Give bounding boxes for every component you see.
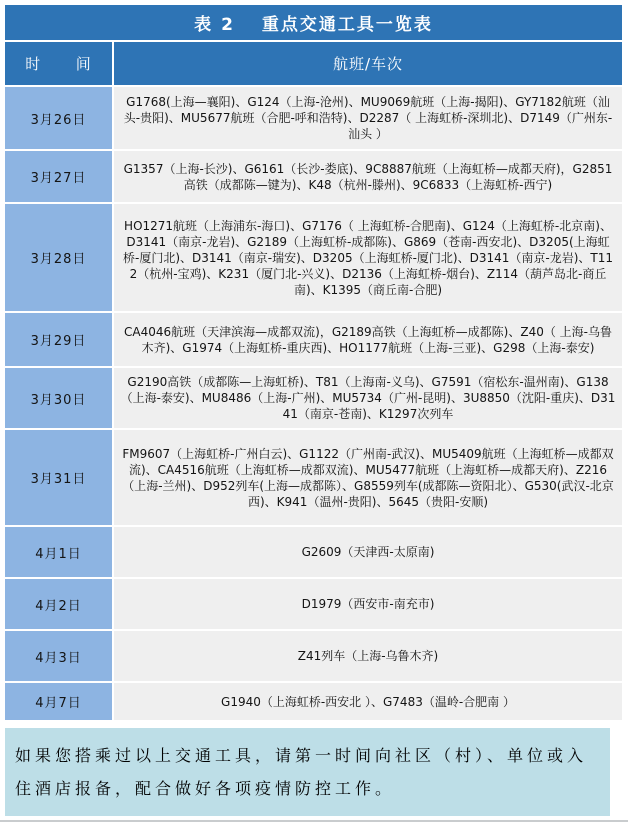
date-cell: 4月7日: [5, 683, 112, 720]
route-cell: G1357（上海-长沙)、G6161（长沙-娄底)、9C8887航班（上海虹桥—…: [114, 151, 622, 202]
table-row: 4月2日 D1979（西安市-南充市): [5, 579, 622, 629]
date-cell: 3月26日: [5, 87, 112, 149]
column-header-time: 时 间: [5, 42, 112, 85]
table-row: 4月1日 G2609（天津西-太原南): [5, 527, 622, 577]
notice-box: 如果您搭乘过以上交通工具，请第一时间向社区（村）、单位或入住酒店报备，配合做好各…: [5, 728, 610, 816]
date-cell: 3月31日: [5, 430, 112, 525]
route-cell: G1940（上海虹桥-西安北 ）、G7483（温岭-合肥南 ）: [114, 683, 622, 720]
route-cell: G2609（天津西-太原南): [114, 527, 622, 577]
date-cell: 4月2日: [5, 579, 112, 629]
route-cell: G2190高铁（成都陈—上海虹桥)、T81（上海南-义乌)、G7591（宿松东-…: [114, 368, 622, 428]
table-title-bar: 表 2 重点交通工具一览表: [5, 5, 622, 40]
route-cell: CA4046航班（天津滨海—成都双流)，G2189高铁（上海虹桥—成都陈)、Z4…: [114, 313, 622, 366]
table-row: 3月27日 G1357（上海-长沙)、G6161（长沙-娄底)、9C8887航班…: [5, 151, 622, 202]
table-title: 表 2 重点交通工具一览表: [194, 10, 433, 35]
column-header-route: 航班/车次: [114, 42, 622, 85]
table-body: 3月26日 G1768(上海—襄阳)、G124（上海-沧州)、MU9069航班（…: [5, 87, 622, 720]
table-row: 4月3日 Z41列车（上海-乌鲁木齐): [5, 631, 622, 681]
table-row: 3月31日 FM9607（上海虹桥-广州白云)、G1122（广州南-武汉)、MU…: [5, 430, 622, 525]
date-cell: 4月3日: [5, 631, 112, 681]
table-row: 3月30日 G2190高铁（成都陈—上海虹桥)、T81（上海南-义乌)、G759…: [5, 368, 622, 428]
table-row: 3月29日 CA4046航班（天津滨海—成都双流)，G2189高铁（上海虹桥—成…: [5, 313, 622, 366]
table-header-row: 时 间 航班/车次: [5, 42, 622, 85]
date-cell: 3月29日: [5, 313, 112, 366]
date-cell: 4月1日: [5, 527, 112, 577]
route-cell: D1979（西安市-南充市): [114, 579, 622, 629]
route-cell: FM9607（上海虹桥-广州白云)、G1122（广州南-武汉)、MU5409航班…: [114, 430, 622, 525]
date-cell: 3月27日: [5, 151, 112, 202]
page: 表 2 重点交通工具一览表 时 间 航班/车次 3月26日 G1768(上海—襄…: [0, 0, 628, 822]
route-cell: Z41列车（上海-乌鲁木齐): [114, 631, 622, 681]
route-cell: G1768(上海—襄阳)、G124（上海-沧州)、MU9069航班（上海-揭阳)…: [114, 87, 622, 149]
table-row: 3月26日 G1768(上海—襄阳)、G124（上海-沧州)、MU9069航班（…: [5, 87, 622, 149]
bottom-divider: [0, 820, 628, 822]
table-row: 4月7日 G1940（上海虹桥-西安北 ）、G7483（温岭-合肥南 ）: [5, 683, 622, 720]
date-cell: 3月28日: [5, 204, 112, 311]
notice-text: 如果您搭乘过以上交通工具，请第一时间向社区（村）、单位或入住酒店报备，配合做好各…: [15, 746, 587, 798]
route-cell: HO1271航班（上海浦东-海口)、G7176（ 上海虹桥-合肥南)、G124（…: [114, 204, 622, 311]
date-cell: 3月30日: [5, 368, 112, 428]
table-row: 3月28日 HO1271航班（上海浦东-海口)、G7176（ 上海虹桥-合肥南)…: [5, 204, 622, 311]
